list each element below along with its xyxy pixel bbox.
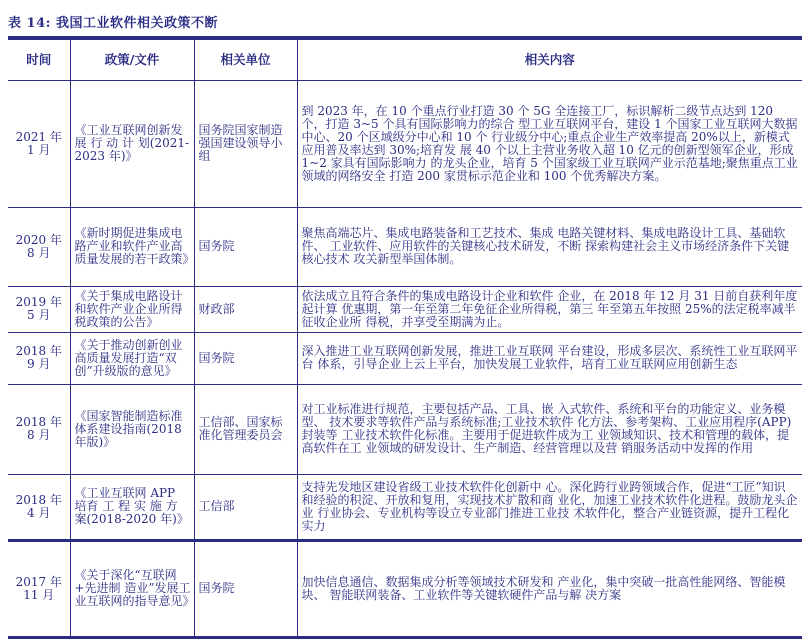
table-header-row: 时间 政策/文件 相关单位 相关内容 [8,40,802,80]
row-time: 2018 年 4 月 [8,474,70,540]
row-policy: 《国家智能制造标准体系建设指南(2018 年版)》 [70,384,194,474]
row-policy: 《新时期促进集成电路产业和软件产业高质量发展的若干政策》 [70,207,194,286]
row-unit: 财政部 [194,286,297,332]
row-content: 加快信息通信、数据集成分析等领域技术研发和 产业化，集中突破一批高性能网络、智能… [297,540,802,637]
row-content: 深入推进工业互联网创新发展，推进工业互联网 平台建设，形成多层次、系统性工业互联… [297,332,802,384]
table-row: 2021 年 1 月 《工业互联网创新发展 行 动 计 划(2021-2023 … [8,80,802,207]
row-content: 聚焦高端芯片、集成电路装备和工艺技术、集成 电路关键材料、集成电路设计工具、基础… [297,207,802,286]
table-row: 2020 年 8 月 《新时期促进集成电路产业和软件产业高质量发展的若干政策》 … [8,207,802,286]
row-content: 到 2023 年，在 10 个重点行业打造 30 个 5G 全连接工厂，标识解析… [297,80,802,207]
table-row: 2018 年 9 月 《关于推动创新创业高质量发展打造“双创”升级版的意见》 国… [8,332,802,384]
header-time: 时间 [8,40,70,80]
row-time: 2018 年 8 月 [8,384,70,474]
row-content: 对工业标准进行规范，主要包括产品、工具、嵌 入式软件、系统和平台的功能定义、业务… [297,384,802,474]
header-content: 相关内容 [297,40,802,80]
report-page: 表 14: 我国工业软件相关政策不断 时间 政策/文件 相关单位 相关内容 20… [0,0,810,639]
row-content: 依法成立且符合条件的集成电路设计企业和软件 企业，在 2018 年 12 月 3… [297,286,802,332]
row-unit: 国务院国家制造强国建设领导小组 [194,80,297,207]
table-row: 2017 年 11 月 《关于深化“互联网+先进制 造业”发展工业互联网的指导意… [8,540,802,637]
row-policy: 《关于推动创新创业高质量发展打造“双创”升级版的意见》 [70,332,194,384]
header-unit: 相关单位 [194,40,297,80]
table-row: 2018 年 8 月 《国家智能制造标准体系建设指南(2018 年版)》 工信部… [8,384,802,474]
table-title: 表 14: 我国工业软件相关政策不断 [8,12,802,31]
table-row: 2018 年 4 月 《工业互联网 APP 培育 工 程 实 施 方 案(201… [8,474,802,540]
header-policy: 政策/文件 [70,40,194,80]
table-row: 2019 年 5 月 《关于集成电路设计和软件产业企业所得税政策的公告》 财政部… [8,286,802,332]
row-time: 2018 年 9 月 [8,332,70,384]
row-policy: 《工业互联网 APP 培育 工 程 实 施 方 案(2018-2020 年)》 [70,474,194,540]
row-unit: 国务院 [194,332,297,384]
row-unit: 国务院 [194,540,297,637]
row-policy: 《工业互联网创新发展 行 动 计 划(2021-2023 年)》 [70,80,194,207]
row-time: 2021 年 1 月 [8,80,70,207]
row-unit: 工信部 [194,474,297,540]
row-policy: 《关于深化“互联网+先进制 造业”发展工业互联网的指导意见》 [70,540,194,637]
row-time: 2020 年 8 月 [8,207,70,286]
policy-table: 时间 政策/文件 相关单位 相关内容 2021 年 1 月 《工业互联网创新发展… [8,40,802,639]
row-time: 2017 年 11 月 [8,540,70,637]
row-unit: 国务院 [194,207,297,286]
row-time: 2019 年 5 月 [8,286,70,332]
row-unit: 工信部、国家标准化管理委员会 [194,384,297,474]
row-policy: 《关于集成电路设计和软件产业企业所得税政策的公告》 [70,286,194,332]
row-content: 支持先发地区建设省级工业技术软件化创新中 心。深化跨行业跨领域合作，促进“工匠”… [297,474,802,540]
